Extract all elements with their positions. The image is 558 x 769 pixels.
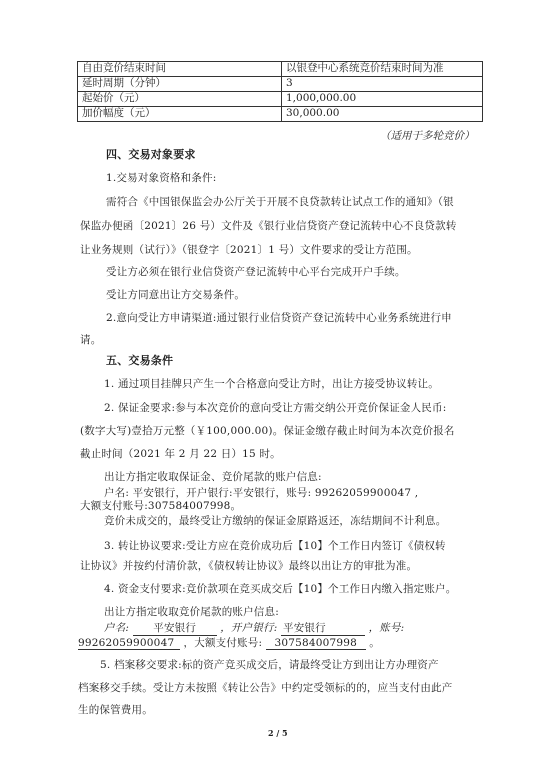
bank-label: ，开户银行: (220, 622, 277, 634)
account-line-1: 户名: 平安银行 ，开户银行: 平安银行 ，账号: (104, 620, 404, 636)
param-label: 延时周期（分钟） (78, 77, 282, 92)
param-value: 3 (282, 77, 483, 92)
paragraph-line: 让业务规则（试行）》（银登字〔2021〕1 号）文件要求的受让方范围。 (80, 242, 418, 257)
param-value: 30,000.00 (282, 107, 483, 122)
paragraph-line: 1. 通过项目挂牌只产生一个合格意向受让方时，出让方接受协议转让。 (104, 376, 439, 391)
table-row: 加价幅度（元） 30,000.00 (78, 107, 483, 122)
param-label: 自由竞价结束时间 (78, 62, 282, 77)
paragraph-line: 2. 保证金要求:参与本次竞价的意向受让方需交纳公开竞价保证金人民币: (104, 400, 446, 415)
section-heading-4: 四、交易对象要求 (106, 146, 196, 162)
bank-value: 平安银行 (281, 620, 365, 636)
param-label: 起始价（元） (78, 92, 282, 107)
auction-params-table: 自由竞价结束时间 以银登中心系统竞价结束时间为准 延时周期（分钟） 3 起始价（… (77, 61, 483, 122)
table-note: （适用于多轮竞价） (380, 128, 475, 143)
param-value: 1,000,000.00 (282, 92, 483, 107)
paragraph-line: 需符合《中国银保监会办公厅关于开展不良贷款转让试点工作的通知》（银 (106, 194, 454, 209)
paragraph-line: 出让方指定收取竞价尾款的账户信息: (104, 604, 279, 619)
paragraph-line: 1.交易对象资格和条件: (106, 170, 216, 185)
paragraph-line: 出让方指定收取保证金、竞价尾款的账户信息: (104, 469, 322, 484)
table-row: 自由竞价结束时间 以银登中心系统竞价结束时间为准 (78, 62, 483, 77)
paragraph-line: 保监办便函〔2021〕26 号）文件及《银行业信贷资产登记流转中心不良贷款转 (80, 218, 457, 233)
paragraph-line: 截止时间（2021 年 2 月 22 日）15 时。 (80, 446, 281, 461)
paragraph-line: (数字大写)壹拾万元整（￥100,000.00)。保证金缴存截止时间为本次竞价报… (80, 423, 455, 438)
paragraph-line: 竞价未成交的，最终受让方缴纳的保证金原路返还，冻结期间不计利息。 (104, 513, 446, 528)
large-payment-label: ，大额支付账号: (184, 637, 263, 649)
paragraph-line: 受让方必须在银行业信贷资产登记流转中心平台完成开户手续。 (106, 264, 406, 279)
param-label: 加价幅度（元） (78, 107, 282, 122)
table-row: 延时周期（分钟） 3 (78, 77, 483, 92)
section-heading-5: 五、交易条件 (106, 352, 173, 368)
page-number: 2 / 5 (268, 728, 288, 738)
paragraph-line: 生的保管费用。 (78, 702, 153, 717)
table-row: 起始价（元） 1,000,000.00 (78, 92, 483, 107)
period: 。 (369, 637, 380, 649)
paragraph-line: 请。 (80, 332, 101, 347)
account-number-label: ，账号: (369, 622, 405, 634)
paragraph-line: 档案移交手续。受让方未按照《转让公告》中约定受领标的的，应当支付由此产 (78, 680, 453, 695)
paragraph-line: 5. 档案移交要求:标的资产竞买成交后，请最终受让方到出让方办理资产 (100, 657, 439, 672)
paragraph-line: 4. 资金支付要求:竞价款项在竞买成交后【10】个工作日内缴入指定账户。 (104, 581, 456, 596)
large-payment-value: 307584007998 (266, 637, 366, 650)
document-page: 自由竞价结束时间 以银登中心系统竞价结束时间为准 延时周期（分钟） 3 起始价（… (0, 0, 558, 769)
account-number-value: 99262059900047 (78, 637, 180, 650)
paragraph-line: 受让方同意出让方交易条件。 (106, 287, 245, 302)
account-line-2: 99262059900047 ，大额支付账号: 307584007998 。 (78, 635, 380, 650)
account-name-label: 户名: (104, 622, 129, 634)
account-name-value: 平安银行 (133, 620, 217, 636)
param-value: 以银登中心系统竞价结束时间为准 (282, 62, 483, 77)
paragraph-line: 2.意向受让方申请渠道:通过银行业信贷资产登记流转中心业务系统进行申 (106, 310, 452, 325)
paragraph-line: 大额支付账号:307584007998。 (80, 498, 241, 513)
paragraph-line: 3. 转让协议要求:受让方应在竞价成功后【10】个工作日内签订《债权转 (104, 538, 446, 553)
paragraph-line: 让协议》并按约付清价款，《债权转让协议》最终以出让方的审批为准。 (80, 558, 417, 573)
